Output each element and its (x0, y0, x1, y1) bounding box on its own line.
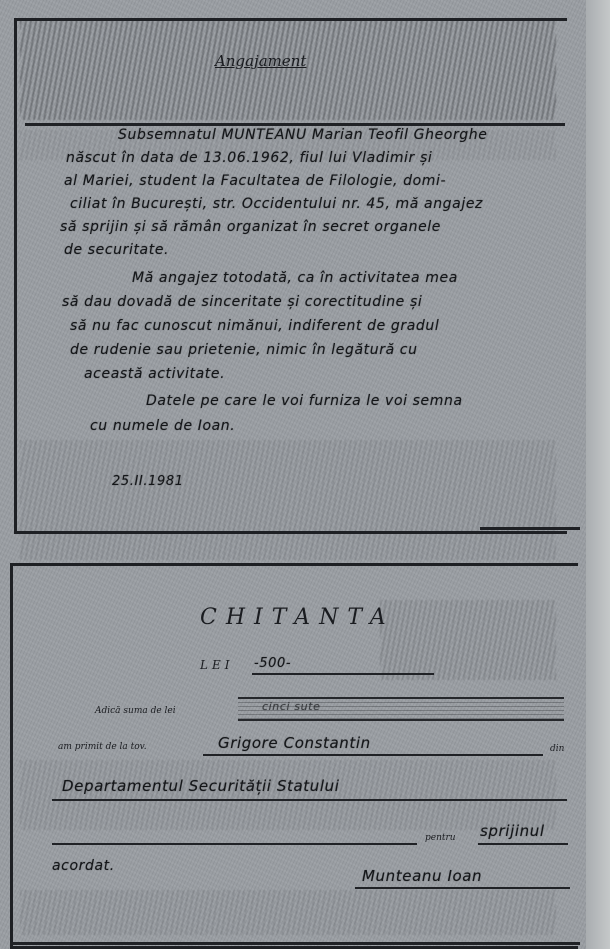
din-label: din (550, 744, 564, 754)
pentru-underline-left (52, 843, 417, 845)
scanned-document: Angajament Subsemnatul MUNTEANU Marian T… (0, 0, 586, 949)
chitanta-title: CHITANTA (200, 605, 395, 630)
angajament-line-10: de rudenie sau prietenie, nimic în legăt… (70, 342, 418, 358)
angajament-line-11: această activitate. (84, 366, 225, 382)
angajament-line-13: cu numele de Ioan. (90, 418, 235, 434)
adica-label: Adică suma de lei (95, 706, 176, 716)
primit-underline (203, 754, 543, 756)
angajament-line-7: Mă angajez totodată, ca în activitatea m… (132, 270, 458, 286)
angajament-line-6: de securitate. (64, 242, 169, 258)
angajament-line-3: al Mariei, student la Facultatea de Filo… (64, 173, 446, 189)
signature: Munteanu Ioan (362, 867, 482, 885)
angajament-line-4: ciliat în București, str. Occidentului n… (70, 196, 483, 212)
pentru-underline-right (478, 843, 568, 845)
signature-line (355, 887, 570, 889)
divider-line (480, 527, 580, 530)
angajament-line-1: Subsemnatul MUNTEANU Marian Teofil Gheor… (118, 127, 487, 143)
acordat-text: acordat. (52, 858, 115, 874)
angajament-line-5: să sprijin și să rămân organizat în secr… (60, 219, 441, 235)
pentru-label: pentru (425, 833, 456, 843)
department-value: Departamentul Securității Statului (62, 777, 340, 795)
primit-label: am primit de la tov. (58, 742, 147, 752)
header-divider (25, 123, 565, 126)
lei-amount: -500- (254, 656, 291, 671)
lei-label: LEI (200, 658, 233, 672)
lei-underline (252, 673, 434, 675)
adica-value: cinci sute (262, 700, 320, 713)
page-edge (586, 0, 610, 949)
department-underline (52, 799, 567, 801)
angajament-date: 25.II.1981 (112, 474, 184, 489)
primit-value: Grigore Constantin (218, 734, 371, 752)
bottom-border (10, 942, 580, 945)
pentru-value: sprijinul (480, 822, 545, 840)
angajament-line-9: să nu fac cunoscut nimănui, indiferent d… (70, 318, 439, 334)
angajament-line-12: Datele pe care le voi furniza le voi sem… (146, 393, 463, 409)
angajament-title: Angajament (215, 52, 306, 70)
angajament-line-8: să dau dovadă de sinceritate și corectit… (62, 294, 422, 310)
angajament-line-2: născut în data de 13.06.1962, fiul lui V… (66, 150, 432, 166)
